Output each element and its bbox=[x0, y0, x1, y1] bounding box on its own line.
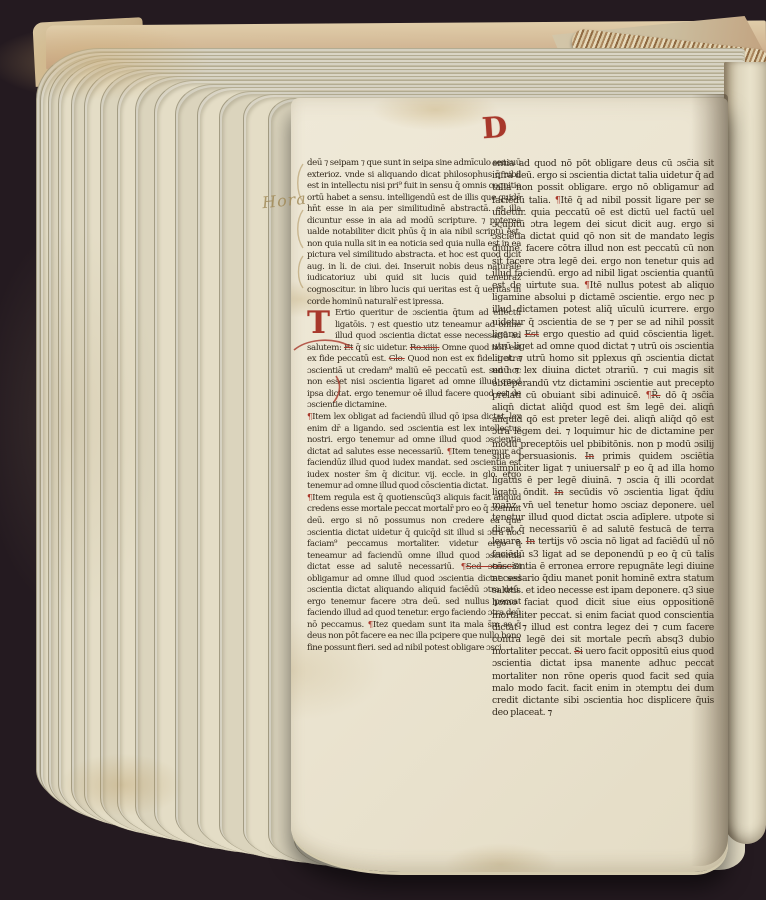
text-paragraph: ¶Item lex obligat ad faciendū illud qō i… bbox=[307, 412, 521, 493]
text-column-right: entia ad quod nō pōt obligare deus cū ɔs… bbox=[492, 158, 714, 758]
text-column-left: deū ⁊ seipam ⁊ que sunt in seipa sine ad… bbox=[307, 158, 521, 758]
margin-brace-marks bbox=[293, 162, 309, 292]
rubricated-initial: T bbox=[307, 310, 332, 336]
facing-page-edge bbox=[724, 62, 766, 844]
text-paragraph: entia ad quod nō pōt obligare deus cū ɔs… bbox=[492, 158, 714, 719]
book-photo: D deū ⁊ seipam ⁊ que sunt in seipa sine … bbox=[0, 0, 766, 900]
quire-signature-letter: D bbox=[481, 109, 523, 146]
text-paragraph: deū ⁊ seipam ⁊ que sunt in seipa sine ad… bbox=[307, 158, 521, 308]
open-page: D deū ⁊ seipam ⁊ que sunt in seipa sine … bbox=[291, 98, 728, 872]
text-paragraph: ¶Item regula est q̄ quotienscūq3 aliquis… bbox=[307, 493, 521, 655]
initial-flourish bbox=[292, 334, 356, 404]
